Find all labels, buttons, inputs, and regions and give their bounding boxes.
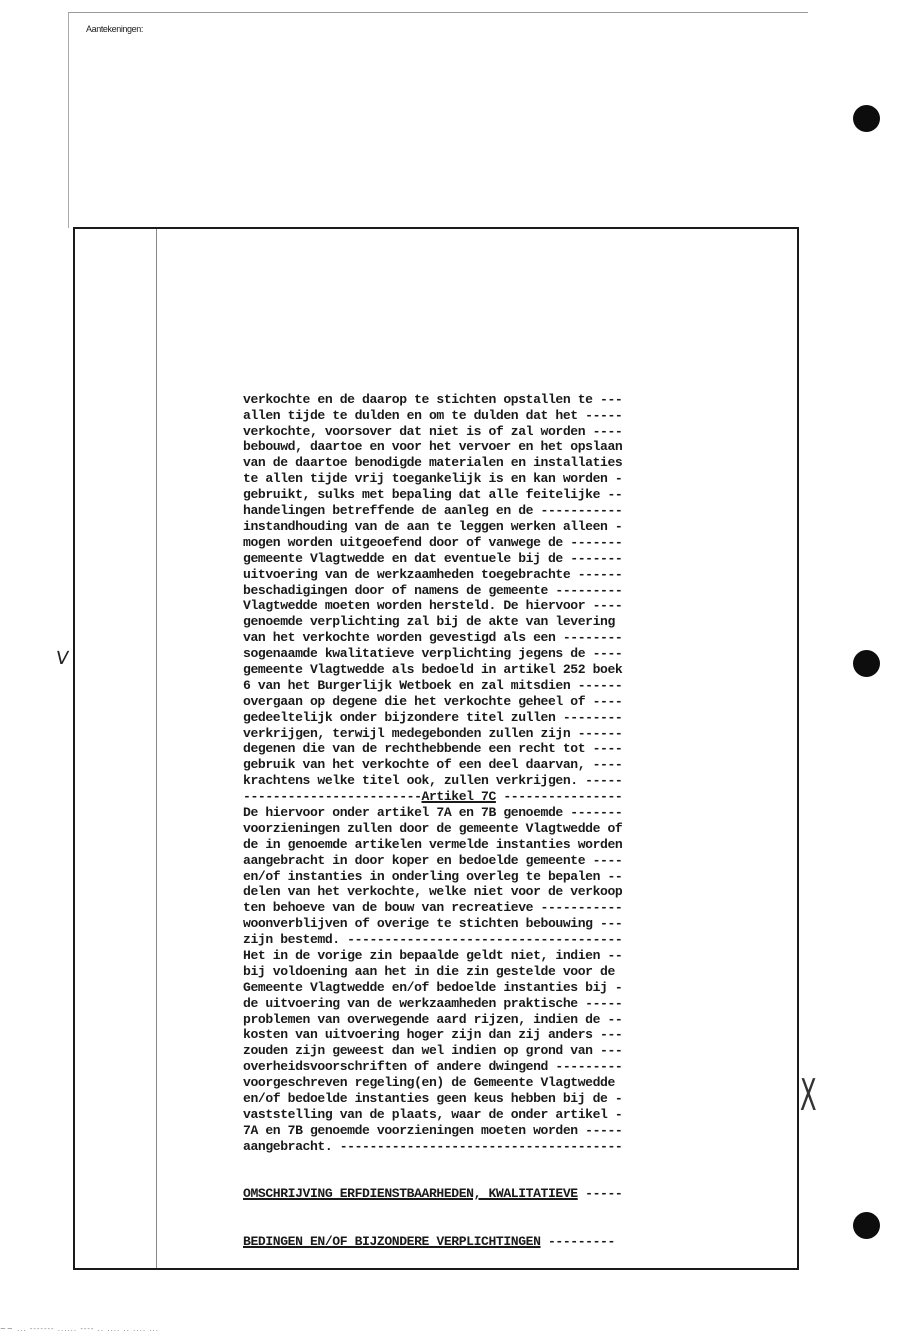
text-line: krachtens welke titel ook, zullen verkri… — [243, 773, 788, 789]
text-line: voorzieningen zullen door de gemeente Vl… — [243, 821, 788, 837]
text-line: 6 van het Burgerlijk Wetboek en zal mits… — [243, 678, 788, 694]
article-heading-filler: ---------------- — [496, 789, 622, 804]
text-line: de in genoemde artikelen vermelde instan… — [243, 837, 788, 853]
text-line: kosten van uitvoering hoger zijn dan zij… — [243, 1027, 788, 1043]
handwritten-v-mark: V — [55, 648, 70, 669]
article-heading: ------------------------Artikel 7C -----… — [243, 789, 788, 805]
text-line: overheidsvoorschriften of andere dwingen… — [243, 1059, 788, 1075]
body-lines: verkochte en de daarop te stichten opsta… — [243, 392, 788, 1155]
text-line: de uitvoering van de werkzaamheden prakt… — [243, 996, 788, 1012]
text-line: zijn bestemd. --------------------------… — [243, 932, 788, 948]
text-line: ten behoeve van de bouw van recreatieve … — [243, 900, 788, 916]
punch-hole-icon — [853, 1212, 880, 1239]
text-line: vaststelling van de plaats, waar de onde… — [243, 1107, 788, 1123]
text-line: handelingen betreffende de aanleg en de … — [243, 503, 788, 519]
text-line: zouden zijn geweest dan wel indien op gr… — [243, 1043, 788, 1059]
text-line: van het verkochte worden gevestigd als e… — [243, 630, 788, 646]
section-heading-filler-1: ----- — [578, 1186, 623, 1201]
text-line: verkrijgen, terwijl medegebonden zullen … — [243, 726, 788, 742]
text-line: gedeeltelijk onder bijzondere titel zull… — [243, 710, 788, 726]
text-line: mogen worden uitgeoefend door of vanwege… — [243, 535, 788, 551]
article-heading-filler: ------------------------ — [243, 789, 422, 804]
text-line: aangebracht in door koper en bedoelde ge… — [243, 853, 788, 869]
handwritten-x-mark: X — [800, 1070, 817, 1121]
text-line: Vlagtwedde moeten worden hersteld. De hi… — [243, 598, 788, 614]
text-line: delen van het verkochte, welke niet voor… — [243, 884, 788, 900]
text-line: verkochte en de daarop te stichten opsta… — [243, 392, 788, 408]
text-line: bij voldoening aan het in die zin gestel… — [243, 964, 788, 980]
text-line: Gemeente Vlagtwedde en/of bedoelde insta… — [243, 980, 788, 996]
text-line: gemeente Vlagtwedde en dat eventuele bij… — [243, 551, 788, 567]
footer-scan-noise: ~~ ... ------- ...... ---- .. .... .. ..… — [0, 1325, 159, 1333]
remarks-label: Aantekeningen: — [86, 24, 143, 34]
text-line: van de daartoe benodigde materialen en i… — [243, 455, 788, 471]
text-line: voorgeschreven regeling(en) de Gemeente … — [243, 1075, 788, 1091]
margin-divider-line — [156, 229, 157, 1268]
text-line: gemeente Vlagtwedde als bedoeld in artik… — [243, 662, 788, 678]
text-line: problemen van overwegende aard rijzen, i… — [243, 1012, 788, 1028]
text-line: overgaan op degene die het verkochte geh… — [243, 694, 788, 710]
section-heading-line-1: OMSCHRIJVING ERFDIENSTBAARHEDEN, KWALITA… — [243, 1186, 788, 1202]
text-line: te allen tijde vrij toegankelijk is en k… — [243, 471, 788, 487]
text-line: woonverblijven of overige te stichten be… — [243, 916, 788, 932]
text-line: allen tijde te dulden en om te dulden da… — [243, 408, 788, 424]
section-heading-title-2: BEDINGEN EN/OF BIJZONDERE VERPLICHTINGEN — [243, 1234, 541, 1249]
text-line: verkochte, voorsover dat niet is of zal … — [243, 424, 788, 440]
text-line: bebouwd, daartoe en voor het vervoer en … — [243, 439, 788, 455]
top-border-line — [68, 12, 808, 13]
text-line: 7A en 7B genoemde voorzieningen moeten w… — [243, 1123, 788, 1139]
section-heading-line-2: BEDINGEN EN/OF BIJZONDERE VERPLICHTINGEN… — [243, 1234, 788, 1250]
deed-text-body: verkochte en de daarop te stichten opsta… — [243, 360, 788, 1266]
text-line: gebruikt, sulks met bepaling dat alle fe… — [243, 487, 788, 503]
article-heading-title: Artikel 7C — [422, 789, 496, 804]
section-heading-title-1: OMSCHRIJVING ERFDIENSTBAARHEDEN, KWALITA… — [243, 1186, 578, 1201]
section-heading-filler-2: --------- — [541, 1234, 615, 1249]
text-line: Het in de vorige zin bepaalde geldt niet… — [243, 948, 788, 964]
text-line: degenen die van de rechthebbende een rec… — [243, 741, 788, 757]
text-line: beschadigingen door of namens de gemeent… — [243, 583, 788, 599]
text-line: uitvoering van de werkzaamheden toegebra… — [243, 567, 788, 583]
text-line: sogenaamde kwalitatieve verplichting jeg… — [243, 646, 788, 662]
text-line: aangebracht. ---------------------------… — [243, 1139, 788, 1155]
text-line: De hiervoor onder artikel 7A en 7B genoe… — [243, 805, 788, 821]
top-left-border-line — [68, 12, 69, 228]
text-line: en/of bedoelde instanties geen keus hebb… — [243, 1091, 788, 1107]
text-line: genoemde verplichting zal bij de akte va… — [243, 614, 788, 630]
text-line: instandhouding van de aan te leggen werk… — [243, 519, 788, 535]
text-line: en/of instanties in onderling overleg te… — [243, 869, 788, 885]
punch-hole-icon — [853, 650, 880, 677]
punch-hole-icon — [853, 105, 880, 132]
text-line: gebruik van het verkochte of een deel da… — [243, 757, 788, 773]
